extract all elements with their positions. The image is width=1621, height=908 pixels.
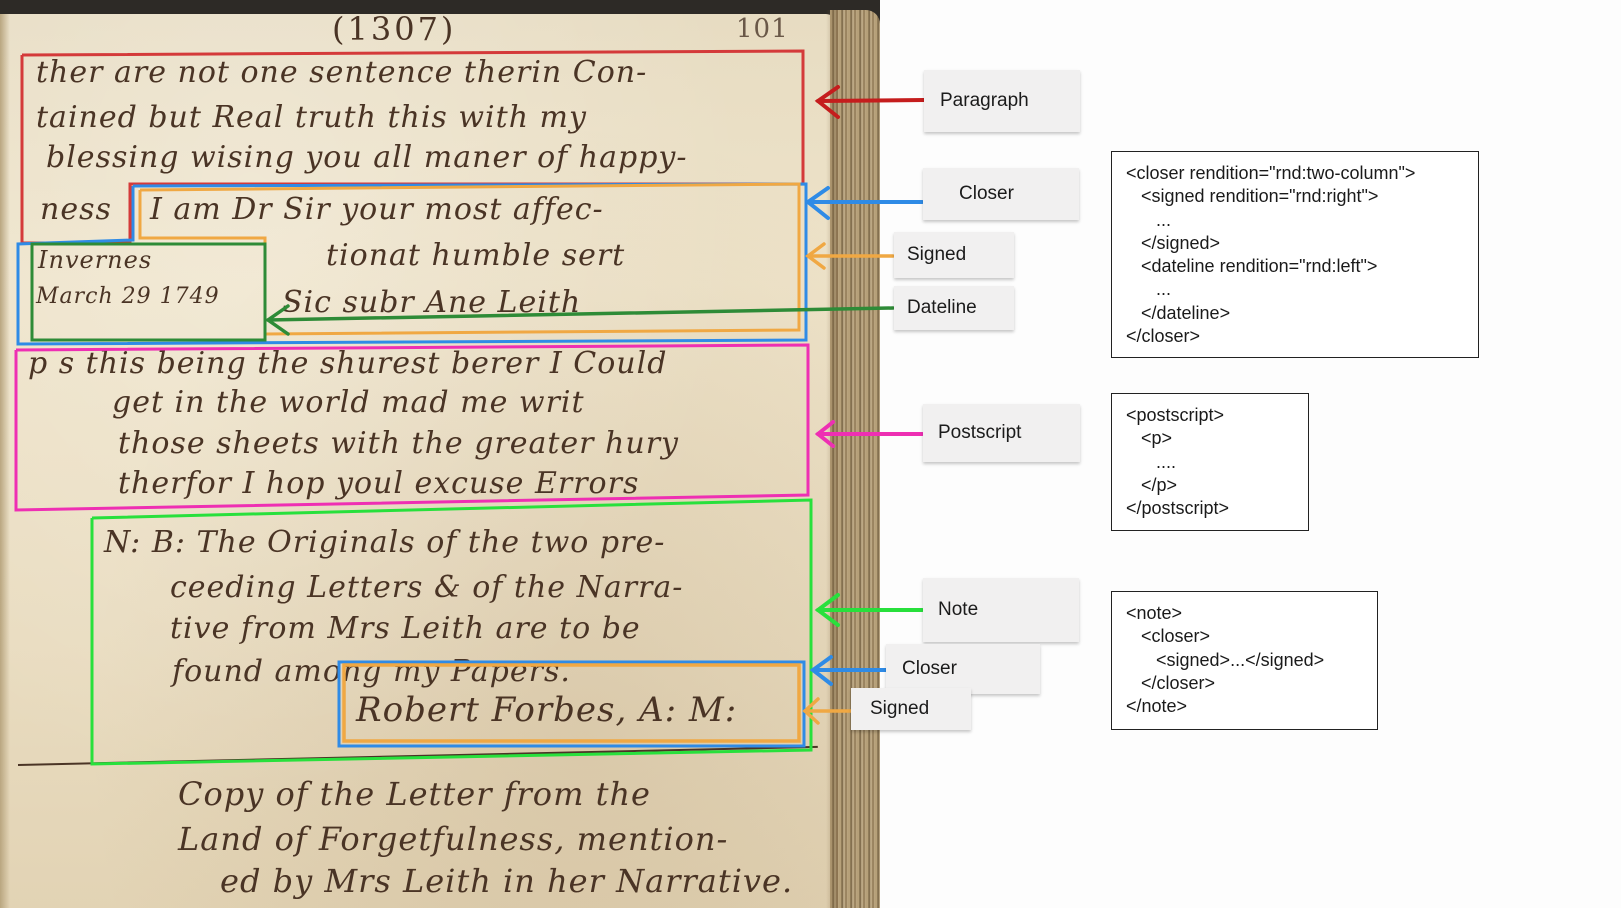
note-signed-label-text: Signed [870,698,929,720]
signed-region-outline [140,184,799,334]
region-outlines [0,0,880,908]
code-line: <dateline rendition="rnd:left"> [1126,255,1464,278]
code-line: <closer> [1126,625,1363,648]
code-line: </closer> [1126,672,1363,695]
paragraph-label: Paragraph [924,70,1080,132]
note-signed-label: Signed [851,688,971,730]
closer-code-sample: <closer rendition="rnd:two-column"> <sig… [1111,151,1479,358]
closer-region-outline [18,184,806,344]
code-line: </note> [1126,695,1363,718]
note-code-sample: <note> <closer> <signed>...</signed> </c… [1111,591,1378,730]
dateline-label-text: Dateline [907,297,977,319]
manuscript-image: (1307) 101 ther are not one sentence the… [0,0,880,908]
note-closer-label: Closer [886,644,1040,694]
code-line: <closer rendition="rnd:two-column"> [1126,162,1464,185]
code-line: </signed> [1126,232,1464,255]
postscript-label-text: Postscript [938,422,1021,444]
note-label: Note [923,578,1079,642]
code-line: </dateline> [1126,302,1464,325]
code-line: <p> [1126,427,1294,450]
postscript-code-sample: <postscript> <p> .... </p> </postscript> [1111,393,1309,531]
code-line: </p> [1126,474,1294,497]
closer-label: Closer [923,168,1079,220]
code-line: .... [1126,451,1294,474]
code-line: </closer> [1126,325,1464,348]
code-line: <postscript> [1126,404,1294,427]
code-line: <signed>...</signed> [1126,649,1363,672]
code-line: ... [1126,278,1464,301]
paragraph-label-text: Paragraph [940,90,1029,112]
note-region-outline [92,500,811,764]
note-label-text: Note [938,599,978,621]
dateline-region-outline [32,244,265,340]
code-line: <note> [1126,602,1363,625]
dateline-label: Dateline [894,286,1014,330]
postscript-label: Postscript [923,404,1080,462]
code-line: <signed rendition="rnd:right"> [1126,185,1464,208]
postscript-region-outline [16,345,808,510]
code-line: ... [1126,209,1464,232]
code-line: </postscript> [1126,497,1294,520]
signed-label: Signed [894,232,1014,278]
signed-label-text: Signed [907,244,966,266]
note-closer-label-text: Closer [902,658,957,680]
note-signed-region-outline [344,665,799,741]
note-closer-region-outline [339,662,804,746]
closer-label-text: Closer [959,183,1014,205]
